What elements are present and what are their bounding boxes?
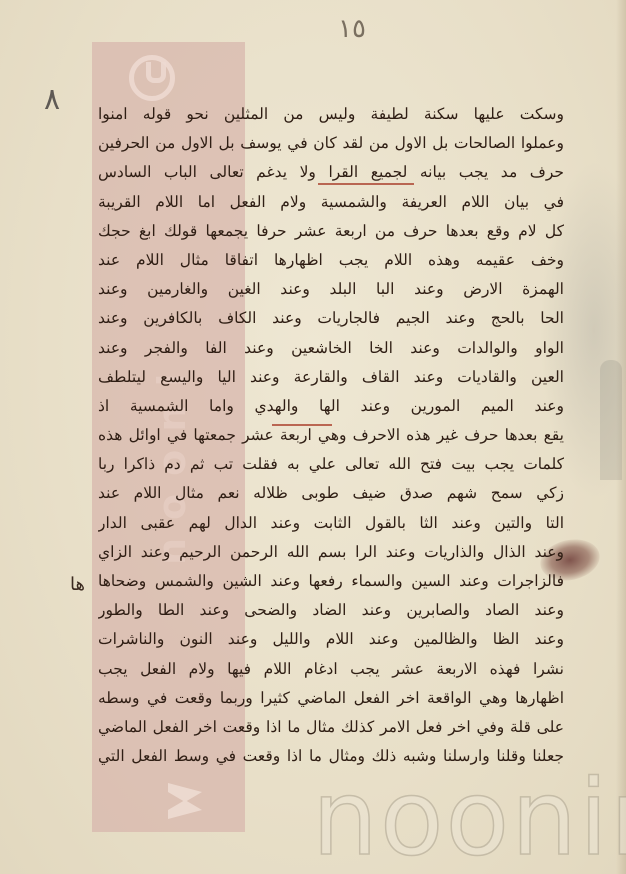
publisher-watermark: noonin <box>312 768 626 868</box>
text-line: وعند الصاد والصابرين وعند الضاد والضحى و… <box>98 596 564 625</box>
margin-number: ٨ <box>44 82 60 117</box>
show-through-tower-shape <box>600 360 622 480</box>
text-line: وعند الظا والظالمين وعند اللام والليل وع… <box>98 625 564 654</box>
text-line: اظهارها وهي الواقعة اخر الفعل الماضي كثي… <box>98 684 564 713</box>
text-line: زكي سمح شهم صدق ضيف طوبى ظلاله نعم مثال … <box>98 479 564 508</box>
folio-number: ١٥ <box>338 14 366 44</box>
text-line: وعند الميم المورين وعند الها والهدي واما… <box>98 392 564 421</box>
margin-note: ها <box>70 574 85 595</box>
manuscript-text: وسكت عليها سكنة لطيفة وليس من المثلين نح… <box>98 100 564 771</box>
text-line: العين والقاديات وعند القاف والقارعة وعند… <box>98 363 564 392</box>
text-line: كلمات يجب بيت فتح الله تعالى علي به فقلت… <box>98 450 564 479</box>
text-line: وخف عقيمه وهذه اللام يجب اظهارها اتفاقا … <box>98 246 564 275</box>
text-line: كل لام وقع بعدها حرف من اربعة عشر حرفا ي… <box>98 217 564 246</box>
text-line: الحا بالحج وعند الجيم فالجاريات وعند الك… <box>98 304 564 333</box>
text-line: في بيان اللام العريفة والشمسية ولام الفع… <box>98 188 564 217</box>
text-line: حرف مد يجب بيانه لجميع القرا ولا يدغم تع… <box>98 158 564 187</box>
manuscript-page: nooni ١٥ ٨ ها وسكت عليها سكنة لطيفة وليس… <box>0 0 626 874</box>
text-line: وعملوا الصالحات بل الاول من لقد كان في ي… <box>98 129 564 158</box>
text-line: الهمزة الارض وعند البا البلد وعند الغين … <box>98 275 564 304</box>
text-line: الواو والوالدات وعند الخا الخاشعين وعند … <box>98 334 564 363</box>
text-line: نشرا فهذه الاربعة عشر يجب ادغام اللام في… <box>98 655 564 684</box>
text-line: التا والتين وعند الثا بالقول الثابت وعند… <box>98 509 564 538</box>
text-line: على قلة وفي اخر فعل الامر كذلك مثال ما ا… <box>98 713 564 742</box>
text-line: وعند الذال والذاريات وعند الرا بسم الله … <box>98 538 564 567</box>
text-line: فالزاجرات وعند السين والسماء رفعها وعند … <box>98 567 564 596</box>
text-line: وسكت عليها سكنة لطيفة وليس من المثلين نح… <box>98 100 564 129</box>
text-line: يقع بعدها حرف غير هذه الاحرف وهي اربعة ع… <box>98 421 564 450</box>
copyright-logo-icon <box>129 55 175 101</box>
